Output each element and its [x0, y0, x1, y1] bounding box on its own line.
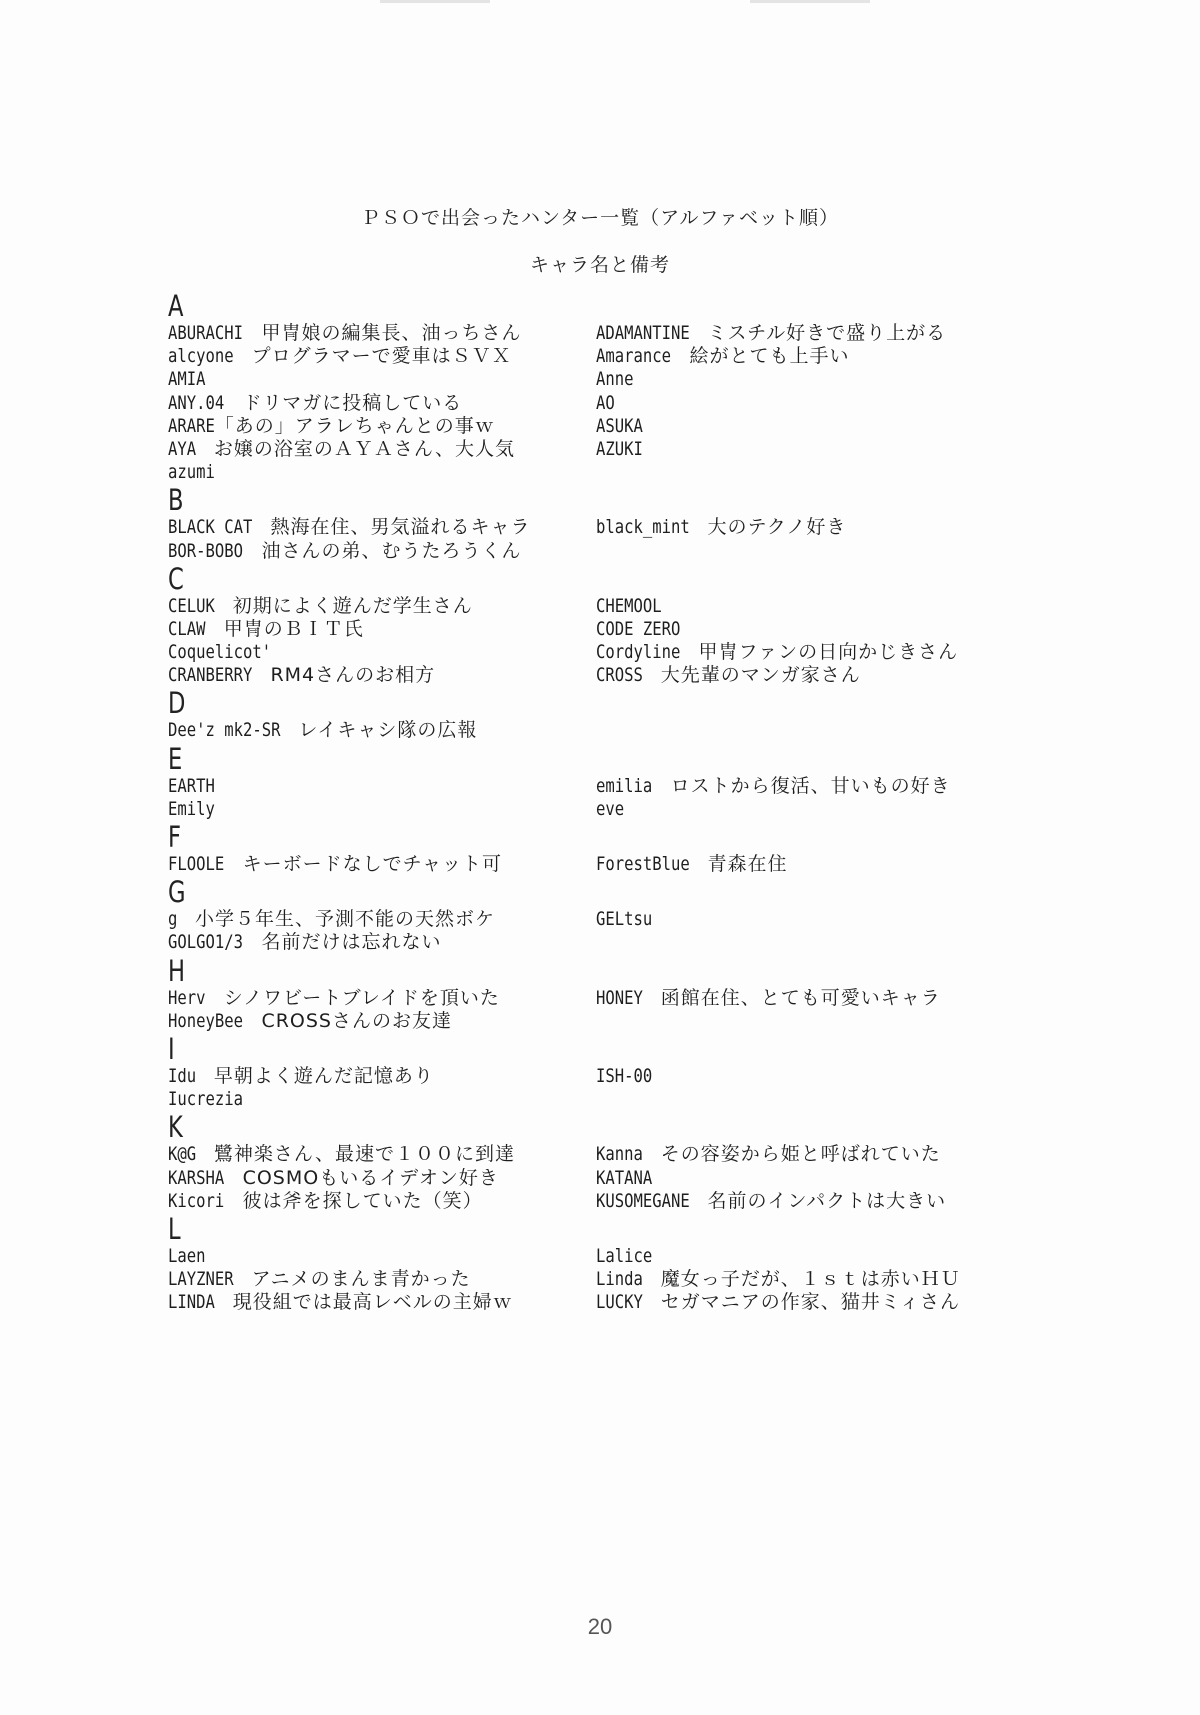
right-column-entry — [596, 719, 1024, 742]
character-note: キーボードなしでチャット可 — [243, 853, 502, 875]
character-name: Amarance — [596, 345, 658, 368]
character-note: ロストから復活、甘いもの好き — [671, 775, 951, 797]
list-row: FLOOLEキーボードなしでチャット可ForestBlue青森在住 — [168, 853, 1028, 876]
character-name: Coquelicot' — [168, 641, 253, 664]
character-name: CRANBERRY — [168, 664, 237, 687]
character-name: Anne — [596, 368, 627, 391]
character-name: LAYZNER — [168, 1268, 222, 1291]
character-note: 鷺神楽さん、最速で１００に到達 — [214, 1143, 515, 1165]
list-row: ABURACHI甲冑娘の編集長、油っちさんADAMANTINEミスチル好きで盛り… — [168, 322, 1028, 345]
character-name: alcyone — [168, 345, 222, 368]
character-name: ISH-00 — [596, 1065, 642, 1088]
section-letter: D — [168, 687, 839, 719]
character-note: 熱海在住、男気溢れるキャラ — [270, 516, 530, 538]
left-column-entry: azumi — [168, 461, 596, 484]
list-row: GOLGO1/3名前だけは忘れない — [168, 931, 1028, 954]
character-name: eve — [596, 798, 619, 821]
left-column-entry: K@G鷺神楽さん、最速で１００に到達 — [168, 1143, 596, 1166]
left-column-entry: Coquelicot' — [168, 641, 596, 664]
character-note: ドリマガに投稿している — [243, 392, 463, 414]
list-row: ARARE「あの」アラレちゃんとの事ｗASUKA — [168, 415, 1028, 438]
list-row: HoneyBeeCROSSさんのお友達 — [168, 1010, 1028, 1033]
character-note: 名前のインパクトは大きい — [707, 1190, 946, 1212]
left-column-entry: ARARE「あの」アラレちゃんとの事ｗ — [168, 415, 596, 438]
right-column-entry: ISH-00 — [596, 1065, 1024, 1088]
list-row: Hervシノワビートブレイドを頂いたHONEY函館在住、とても可愛いキャラ — [168, 987, 1028, 1010]
section-letter: B — [168, 484, 839, 516]
character-note: 絵がとても上手い — [689, 345, 849, 367]
left-column-entry: KARSHACOSMOもいるイデオン好き — [168, 1167, 596, 1190]
list-row: Coquelicot'Cordyline甲冑ファンの日向かじきさん — [168, 641, 1028, 664]
character-name: BLACK CAT — [168, 516, 237, 539]
letter-section-g: G g小学５年生、予測不能の天然ボケGELtsuGOLGO1/3名前だけは忘れな… — [168, 876, 1028, 954]
list-row: KARSHACOSMOもいるイデオン好きKATANA — [168, 1167, 1028, 1190]
left-column-entry: g小学５年生、予測不能の天然ボケ — [168, 908, 596, 931]
letter-section-k: K K@G鷺神楽さん、最速で１００に到達Kannaその容姿から姫と呼ばれていたK… — [168, 1111, 1028, 1213]
character-note: CROSSさんのお友達 — [261, 1010, 452, 1032]
character-note: プログラマーで愛車はＳＶＸ — [252, 345, 512, 367]
character-note: その容姿から姫と呼ばれていた — [661, 1143, 941, 1165]
character-note: COSMOもいるイデオン好き — [243, 1167, 499, 1189]
list-row: AMIAAnne — [168, 368, 1028, 391]
left-column-entry: Iucrezia — [168, 1088, 596, 1111]
character-name: EARTH — [168, 775, 206, 798]
right-column-entry: Anne — [596, 368, 1024, 391]
list-row: Iucrezia — [168, 1088, 1028, 1111]
character-name: GELtsu — [596, 908, 642, 931]
scan-artifact — [750, 0, 870, 3]
left-column-entry: HoneyBeeCROSSさんのお友達 — [168, 1010, 596, 1033]
character-name: AO — [596, 392, 611, 415]
scan-artifact — [380, 0, 490, 3]
character-note: レイキャシ隊の広報 — [298, 719, 477, 741]
left-column-entry: AMIA — [168, 368, 596, 391]
character-note: 早朝よく遊んだ記憶あり — [214, 1065, 434, 1087]
character-name: Kicori — [168, 1190, 214, 1213]
right-column-entry: GELtsu — [596, 908, 1024, 931]
right-column-entry — [596, 931, 1024, 954]
character-name: black_mint — [596, 516, 673, 539]
letter-section-l: L LaenLaliceLAYZNERアニメのまんま青かったLinda魔女っ子だ… — [168, 1213, 1028, 1315]
character-name: ANY.04 — [168, 392, 214, 415]
character-note: 青森在住 — [707, 853, 787, 875]
right-column-entry — [596, 540, 1024, 563]
letter-section-c: C CELUK初期によく遊んだ学生さんCHEMOOLCLAW甲冑のＢＩＴ氏COD… — [168, 563, 1028, 688]
list-row: CLAW甲冑のＢＩＴ氏CODE ZERO — [168, 618, 1028, 641]
section-letter: I — [168, 1033, 839, 1065]
character-note: 初期によく遊んだ学生さん — [233, 595, 473, 617]
list-row: ANY.04ドリマガに投稿しているAO — [168, 392, 1028, 415]
character-name: Linda — [596, 1268, 634, 1291]
character-name: azumi — [168, 461, 206, 484]
right-column-entry: KATANA — [596, 1167, 1024, 1190]
right-column-entry: ADAMANTINEミスチル好きで盛り上がる — [596, 322, 1024, 345]
character-name: AYA — [168, 438, 191, 461]
list-row: CELUK初期によく遊んだ学生さんCHEMOOL — [168, 595, 1028, 618]
list-row: BOR-BOBO油さんの弟、むうたろうくん — [168, 540, 1028, 563]
right-column-entry: KUSOMEGANE名前のインパクトは大きい — [596, 1190, 1024, 1213]
left-column-entry: LINDA現役組では最高レベルの主婦ｗ — [168, 1291, 596, 1314]
right-column-entry: ASUKA — [596, 415, 1024, 438]
character-name: emilia — [596, 775, 642, 798]
right-column-entry — [596, 461, 1024, 484]
character-note: 大先輩のマンガ家さん — [661, 664, 861, 686]
right-column-entry: Lalice — [596, 1245, 1024, 1268]
right-column-entry: Linda魔女っ子だが、１ｓｔは赤いＨＵ — [596, 1268, 1024, 1291]
list-row: CRANBERRYRM4さんのお相方CROSS大先輩のマンガ家さん — [168, 664, 1028, 687]
list-row: Dee'z mk2-SRレイキャシ隊の広報 — [168, 719, 1028, 742]
section-letter: K — [168, 1111, 839, 1143]
right-column-entry: emiliaロストから復活、甘いもの好き — [596, 775, 1024, 798]
character-note: 小学５年生、予測不能の天然ボケ — [195, 908, 495, 930]
list-row: BLACK CAT熱海在住、男気溢れるキャラblack_mint大のテクノ好き — [168, 516, 1028, 539]
character-note: 甲冑娘の編集長、油っちさん — [261, 322, 521, 344]
list-row: Kicori彼は斧を探していた（笑）KUSOMEGANE名前のインパクトは大きい — [168, 1190, 1028, 1213]
character-name: CELUK — [168, 595, 206, 618]
left-column-entry: Kicori彼は斧を探していた（笑） — [168, 1190, 596, 1213]
list-row: LINDA現役組では最高レベルの主婦ｗLUCKYセガマニアの作家、猫井ミィさん — [168, 1291, 1028, 1314]
document-page: ＰＳＯで出会ったハンター一覧（アルファベット順） キャラ名と備考 A ABURA… — [0, 0, 1200, 1715]
character-note: 甲冑のＢＩＴ氏 — [224, 618, 364, 640]
right-column-entry: HONEY函館在住、とても可愛いキャラ — [596, 987, 1024, 1010]
left-column-entry: BLACK CAT熱海在住、男気溢れるキャラ — [168, 516, 596, 539]
character-note: 大のテクノ好き — [707, 516, 846, 538]
character-note: 名前だけは忘れない — [261, 931, 441, 953]
list-row: azumi — [168, 461, 1028, 484]
list-row: Emilyeve — [168, 798, 1028, 821]
section-letter: L — [168, 1213, 839, 1245]
list-row: Idu早朝よく遊んだ記憶ありISH-00 — [168, 1065, 1028, 1088]
character-note: 函館在住、とても可愛いキャラ — [661, 987, 941, 1009]
character-name: LINDA — [168, 1291, 206, 1314]
character-name: CHEMOOL — [596, 595, 650, 618]
right-column-entry: AO — [596, 392, 1024, 415]
left-column-entry: CLAW甲冑のＢＩＴ氏 — [168, 618, 596, 641]
right-column-entry: CHEMOOL — [596, 595, 1024, 618]
letter-section-f: F FLOOLEキーボードなしでチャット可ForestBlue青森在住 — [168, 821, 1028, 876]
character-name: CROSS — [596, 664, 634, 687]
right-column-entry: black_mint大のテクノ好き — [596, 516, 1024, 539]
right-column-entry: AZUKI — [596, 438, 1024, 461]
right-column-entry — [596, 1088, 1024, 1111]
list-row: LAYZNERアニメのまんま青かったLinda魔女っ子だが、１ｓｔは赤いＨＵ — [168, 1268, 1028, 1291]
character-name: AZUKI — [596, 438, 634, 461]
character-note: アニメのまんま青かった — [252, 1268, 471, 1290]
character-name: ASUKA — [596, 415, 634, 438]
character-name: CLAW — [168, 618, 199, 641]
page-subtitle: キャラ名と備考 — [0, 250, 1200, 277]
character-note: ミスチル好きで盛り上がる — [707, 322, 946, 344]
right-column-entry: CODE ZERO — [596, 618, 1024, 641]
character-name: Lalice — [596, 1245, 642, 1268]
section-letter: C — [168, 563, 839, 595]
page-title: ＰＳＯで出会ったハンター一覧（アルファベット順） — [0, 203, 1200, 230]
character-name: KATANA — [596, 1167, 642, 1190]
left-column-entry: EARTH — [168, 775, 596, 798]
character-note: 「あの」アラレちゃんとの事ｗ — [215, 415, 495, 437]
letter-section-a: A ABURACHI甲冑娘の編集長、油っちさんADAMANTINEミスチル好きで… — [168, 290, 1028, 484]
list-row: EARTHemiliaロストから復活、甘いもの好き — [168, 775, 1028, 798]
section-letter: G — [168, 876, 839, 908]
left-column-entry: CRANBERRYRM4さんのお相方 — [168, 664, 596, 687]
letter-section-e: E EARTHemiliaロストから復活、甘いもの好きEmilyeve — [168, 743, 1028, 821]
right-column-entry: CROSS大先輩のマンガ家さん — [596, 664, 1024, 687]
list-row: alcyoneプログラマーで愛車はＳＶＸAmarance絵がとても上手い — [168, 345, 1028, 368]
letter-section-i: I Idu早朝よく遊んだ記憶ありISH-00Iucrezia — [168, 1033, 1028, 1111]
letter-section-h: H Hervシノワビートブレイドを頂いたHONEY函館在住、とても可愛いキャラH… — [168, 955, 1028, 1033]
left-column-entry: LAYZNERアニメのまんま青かった — [168, 1268, 596, 1291]
character-name: Cordyline — [596, 641, 665, 664]
letter-section-d: D Dee'z mk2-SRレイキャシ隊の広報 — [168, 687, 1028, 742]
character-name: Idu — [168, 1065, 191, 1088]
right-column-entry: Cordyline甲冑ファンの日向かじきさん — [596, 641, 1024, 664]
left-column-entry: Dee'z mk2-SRレイキャシ隊の広報 — [168, 719, 596, 742]
letter-section-b: B BLACK CAT熱海在住、男気溢れるキャラblack_mint大のテクノ好… — [168, 484, 1028, 562]
character-name: LUCKY — [596, 1291, 634, 1314]
character-name: ARARE — [168, 415, 206, 438]
list-row: K@G鷺神楽さん、最速で１００に到達Kannaその容姿から姫と呼ばれていた — [168, 1143, 1028, 1166]
character-name: HoneyBee — [168, 1010, 230, 1033]
character-name: BOR-BOBO — [168, 540, 230, 563]
character-name: Laen — [168, 1245, 199, 1268]
right-column-entry: Kannaその容姿から姫と呼ばれていた — [596, 1143, 1024, 1166]
left-column-entry: BOR-BOBO油さんの弟、むうたろうくん — [168, 540, 596, 563]
list-row: g小学５年生、予測不能の天然ボケGELtsu — [168, 908, 1028, 931]
character-name: GOLGO1/3 — [168, 931, 230, 954]
right-column-entry — [596, 1010, 1024, 1033]
left-column-entry: alcyoneプログラマーで愛車はＳＶＸ — [168, 345, 596, 368]
character-name: Kanna — [596, 1143, 634, 1166]
character-note: お嬢の浴室のＡＹＡさん、大人気 — [214, 438, 515, 460]
left-column-entry: Emily — [168, 798, 596, 821]
section-letter: H — [168, 955, 839, 987]
hunter-list: A ABURACHI甲冑娘の編集長、油っちさんADAMANTINEミスチル好きで… — [168, 290, 1028, 1314]
character-note: シノワビートブレイドを頂いた — [224, 987, 500, 1009]
right-column-entry: Amarance絵がとても上手い — [596, 345, 1024, 368]
section-letter: E — [168, 743, 839, 775]
list-row: AYAお嬢の浴室のＡＹＡさん、大人気AZUKI — [168, 438, 1028, 461]
character-name: KARSHA — [168, 1167, 214, 1190]
character-name: Emily — [168, 798, 206, 821]
section-letter: F — [168, 821, 839, 853]
left-column-entry: Hervシノワビートブレイドを頂いた — [168, 987, 596, 1010]
character-note: 彼は斧を探していた（笑） — [243, 1190, 483, 1212]
character-note: RM4さんのお相方 — [270, 664, 435, 686]
character-name: Iucrezia — [168, 1088, 230, 1111]
character-name: ForestBlue — [596, 853, 673, 876]
character-note: 現役組では最高レベルの主婦ｗ — [233, 1291, 513, 1313]
section-letter: A — [168, 290, 839, 322]
right-column-entry: LUCKYセガマニアの作家、猫井ミィさん — [596, 1291, 1024, 1314]
page-number: 20 — [0, 1614, 1200, 1640]
character-name: KUSOMEGANE — [596, 1190, 673, 1213]
right-column-entry: eve — [596, 798, 1024, 821]
left-column-entry: AYAお嬢の浴室のＡＹＡさん、大人気 — [168, 438, 596, 461]
character-name: AMIA — [168, 368, 199, 391]
list-row: LaenLalice — [168, 1245, 1028, 1268]
character-name: K@G — [168, 1143, 191, 1166]
character-note: セガマニアの作家、猫井ミィさん — [661, 1291, 960, 1313]
character-name: ABURACHI — [168, 322, 230, 345]
character-name: CODE ZERO — [596, 618, 665, 641]
character-note: 油さんの弟、むうたろうくん — [261, 540, 521, 562]
character-note: 甲冑ファンの日向かじきさん — [698, 641, 958, 663]
left-column-entry: ANY.04ドリマガに投稿している — [168, 392, 596, 415]
left-column-entry: Idu早朝よく遊んだ記憶あり — [168, 1065, 596, 1088]
character-name: FLOOLE — [168, 853, 214, 876]
character-name: Herv — [168, 987, 199, 1010]
left-column-entry: CELUK初期によく遊んだ学生さん — [168, 595, 596, 618]
character-name: HONEY — [596, 987, 634, 1010]
left-column-entry: Laen — [168, 1245, 596, 1268]
character-name: g — [168, 908, 175, 931]
character-name: Dee'z mk2-SR — [168, 719, 260, 742]
character-note: 魔女っ子だが、１ｓｔは赤いＨＵ — [661, 1268, 961, 1290]
left-column-entry: GOLGO1/3名前だけは忘れない — [168, 931, 596, 954]
left-column-entry: ABURACHI甲冑娘の編集長、油っちさん — [168, 322, 596, 345]
character-name: ADAMANTINE — [596, 322, 673, 345]
left-column-entry: FLOOLEキーボードなしでチャット可 — [168, 853, 596, 876]
right-column-entry: ForestBlue青森在住 — [596, 853, 1024, 876]
